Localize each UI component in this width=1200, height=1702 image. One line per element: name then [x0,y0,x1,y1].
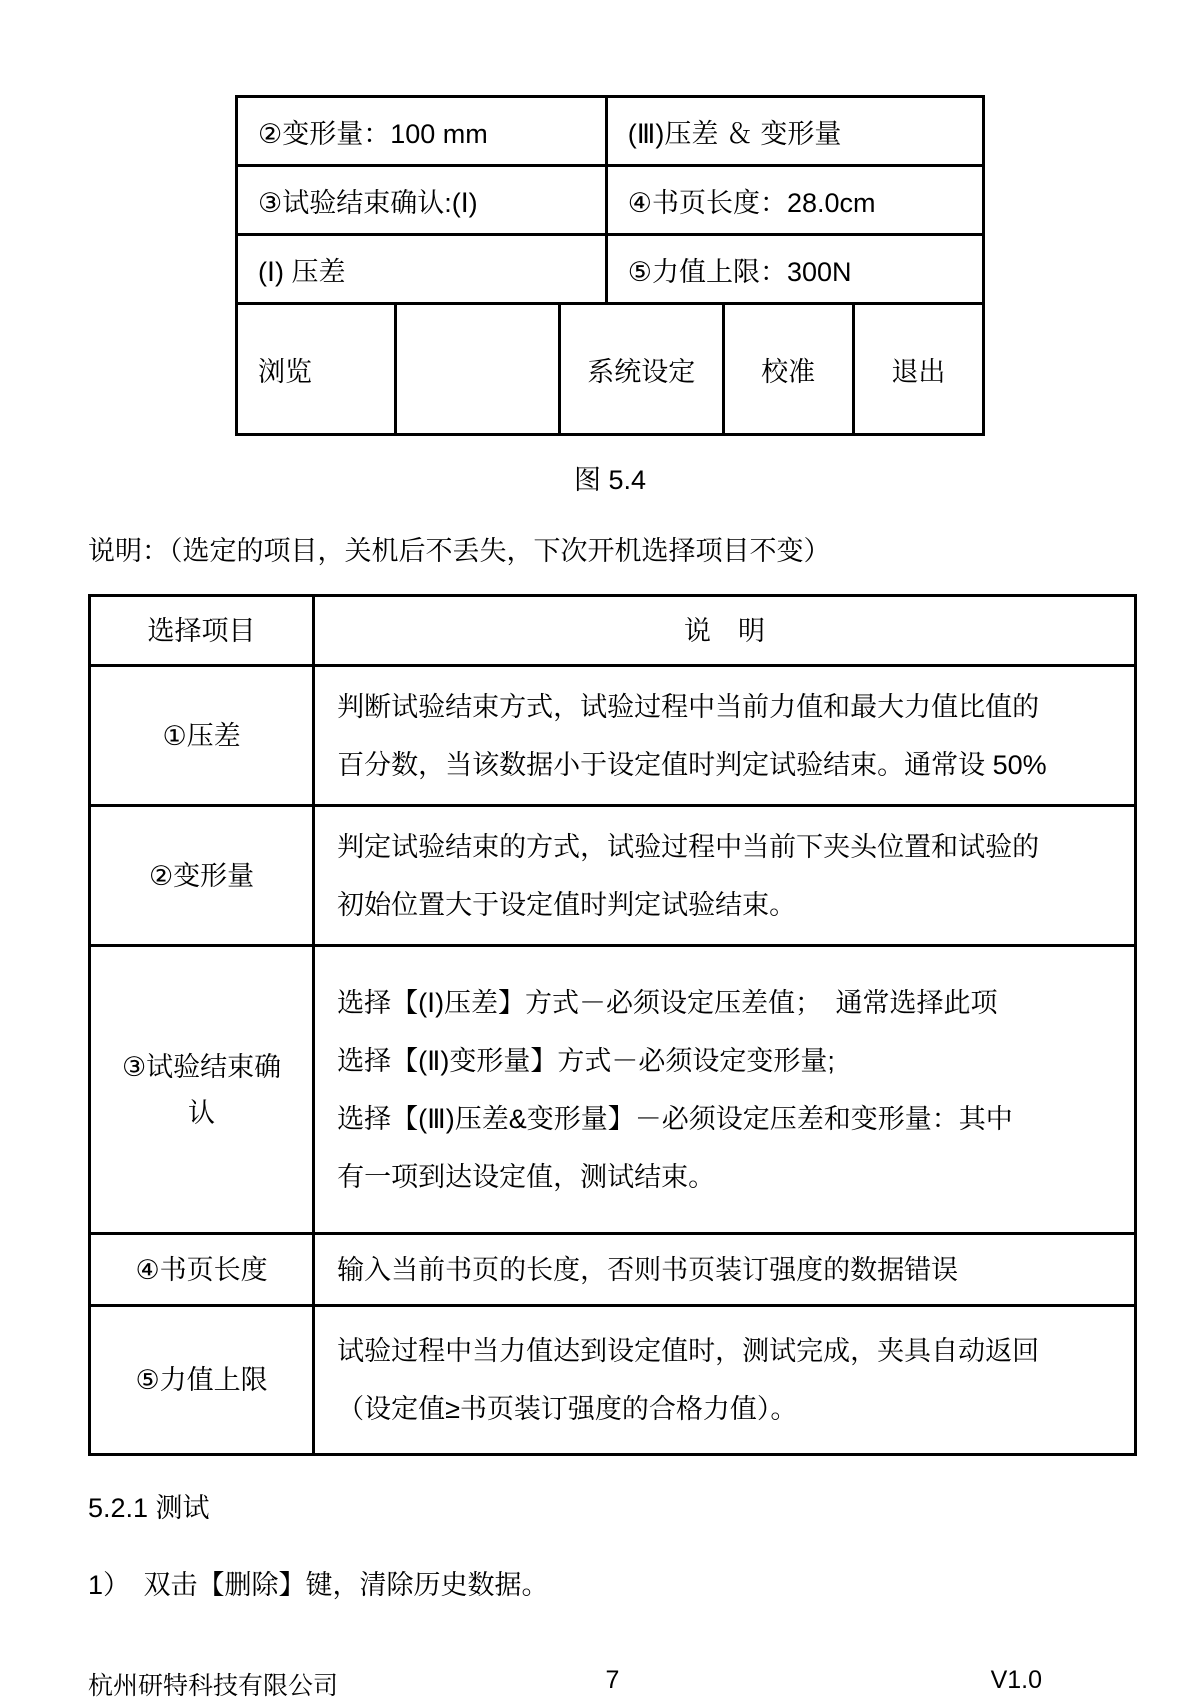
exit-button-label: 退出 [852,305,982,433]
fig-row-2: ③试验结束确认:(Ⅰ) ④书页长度：28.0cm [238,167,982,236]
spec-item-description: 试验过程中当力值达到设定值时，测试完成，夹具自动返回 （设定值≥书页装订强度的合… [312,1307,1134,1453]
system-setting-button-label: 系统设定 [558,305,722,433]
spec-item-label: ①压差 [91,667,312,804]
fig-cell-deformation-value: ②变形量：100 mm [238,98,605,164]
spec-row-force-limit: ⑤力值上限 试验过程中当力值达到设定值时，测试完成，夹具自动返回 （设定值≥书页… [91,1307,1134,1453]
step-1-text: 1） 双击【删除】键，清除历史数据。 [88,1563,1137,1602]
spec-item-description: 选择【(Ⅰ)压差】方式－必须设定压差值； 通常选择此项 选择【(Ⅱ)变形量】方式… [312,947,1134,1232]
figure-5-4-screen-table: ②变形量：100 mm (Ⅲ)压差 ＆ 变形量 ③试验结束确认:(Ⅰ) ④书页长… [235,95,985,436]
spec-row-end-confirm: ③试验结束确 认 选择【(Ⅰ)压差】方式－必须设定压差值； 通常选择此项 选择【… [91,947,1134,1235]
fig-cell-mode-1: (Ⅰ) 压差 [238,236,605,302]
empty-button-cell [394,305,558,433]
fig-cell-force-limit: ⑤力值上限：300N [605,236,982,302]
spec-row-page-length: ④书页长度 输入当前书页的长度，否则书页装订强度的数据错误 [91,1235,1134,1307]
spec-header-row: 选择项目 说 明 [91,597,1134,667]
fig-button-row: 浏览 系统设定 校准 退出 [238,305,982,433]
spec-header-item: 选择项目 [91,597,312,664]
spec-item-label: ⑤力值上限 [91,1307,312,1453]
spec-item-label: ②变形量 [91,807,312,944]
fig-cell-end-confirm: ③试验结束确认:(Ⅰ) [238,167,605,233]
footer-version: V1.0 [991,1666,1042,1695]
browse-button-label: 浏览 [238,305,394,433]
spec-item-description: 判定试验结束的方式，试验过程中当前下夹头位置和试验的 初始位置大于设定值时判定试… [312,807,1134,944]
page-footer: 杭州研特科技有限公司 7 V1.0 [88,1666,1137,1702]
figure-caption: 图 5.4 [235,458,985,497]
footer-page-number: 7 [606,1666,620,1695]
note-line: 说明：（选定的项目，关机后不丢失，下次开机选择项目不变） [88,529,1137,568]
spec-item-description: 输入当前书页的长度，否则书页装订强度的数据错误 [312,1235,1134,1304]
fig-row-1: ②变形量：100 mm (Ⅲ)压差 ＆ 变形量 [238,98,982,167]
calibrate-button-label: 校准 [722,305,852,433]
spec-header-description: 说 明 [312,597,1134,664]
section-heading: 5.2.1 测试 [88,1486,1137,1525]
spec-table: 选择项目 说 明 ①压差 判断试验结束方式，试验过程中当前力值和最大力值比值的 … [88,594,1137,1456]
fig-row-3: (Ⅰ) 压差 ⑤力值上限：300N [238,236,982,305]
spec-item-description: 判断试验结束方式，试验过程中当前力值和最大力值比值的 百分数，当该数据小于设定值… [312,667,1134,804]
footer-company: 杭州研特科技有限公司 [88,1666,338,1702]
spec-row-deformation: ②变形量 判定试验结束的方式，试验过程中当前下夹头位置和试验的 初始位置大于设定… [91,807,1134,947]
fig-cell-mode-3: (Ⅲ)压差 ＆ 变形量 [605,98,982,164]
document-page: ②变形量：100 mm (Ⅲ)压差 ＆ 变形量 ③试验结束确认:(Ⅰ) ④书页长… [0,0,1200,1702]
spec-item-label: ③试验结束确 认 [91,947,312,1232]
spec-item-label: ④书页长度 [91,1235,312,1304]
fig-cell-page-length: ④书页长度：28.0cm [605,167,982,233]
spec-row-pressure-diff: ①压差 判断试验结束方式，试验过程中当前力值和最大力值比值的 百分数，当该数据小… [91,667,1134,807]
